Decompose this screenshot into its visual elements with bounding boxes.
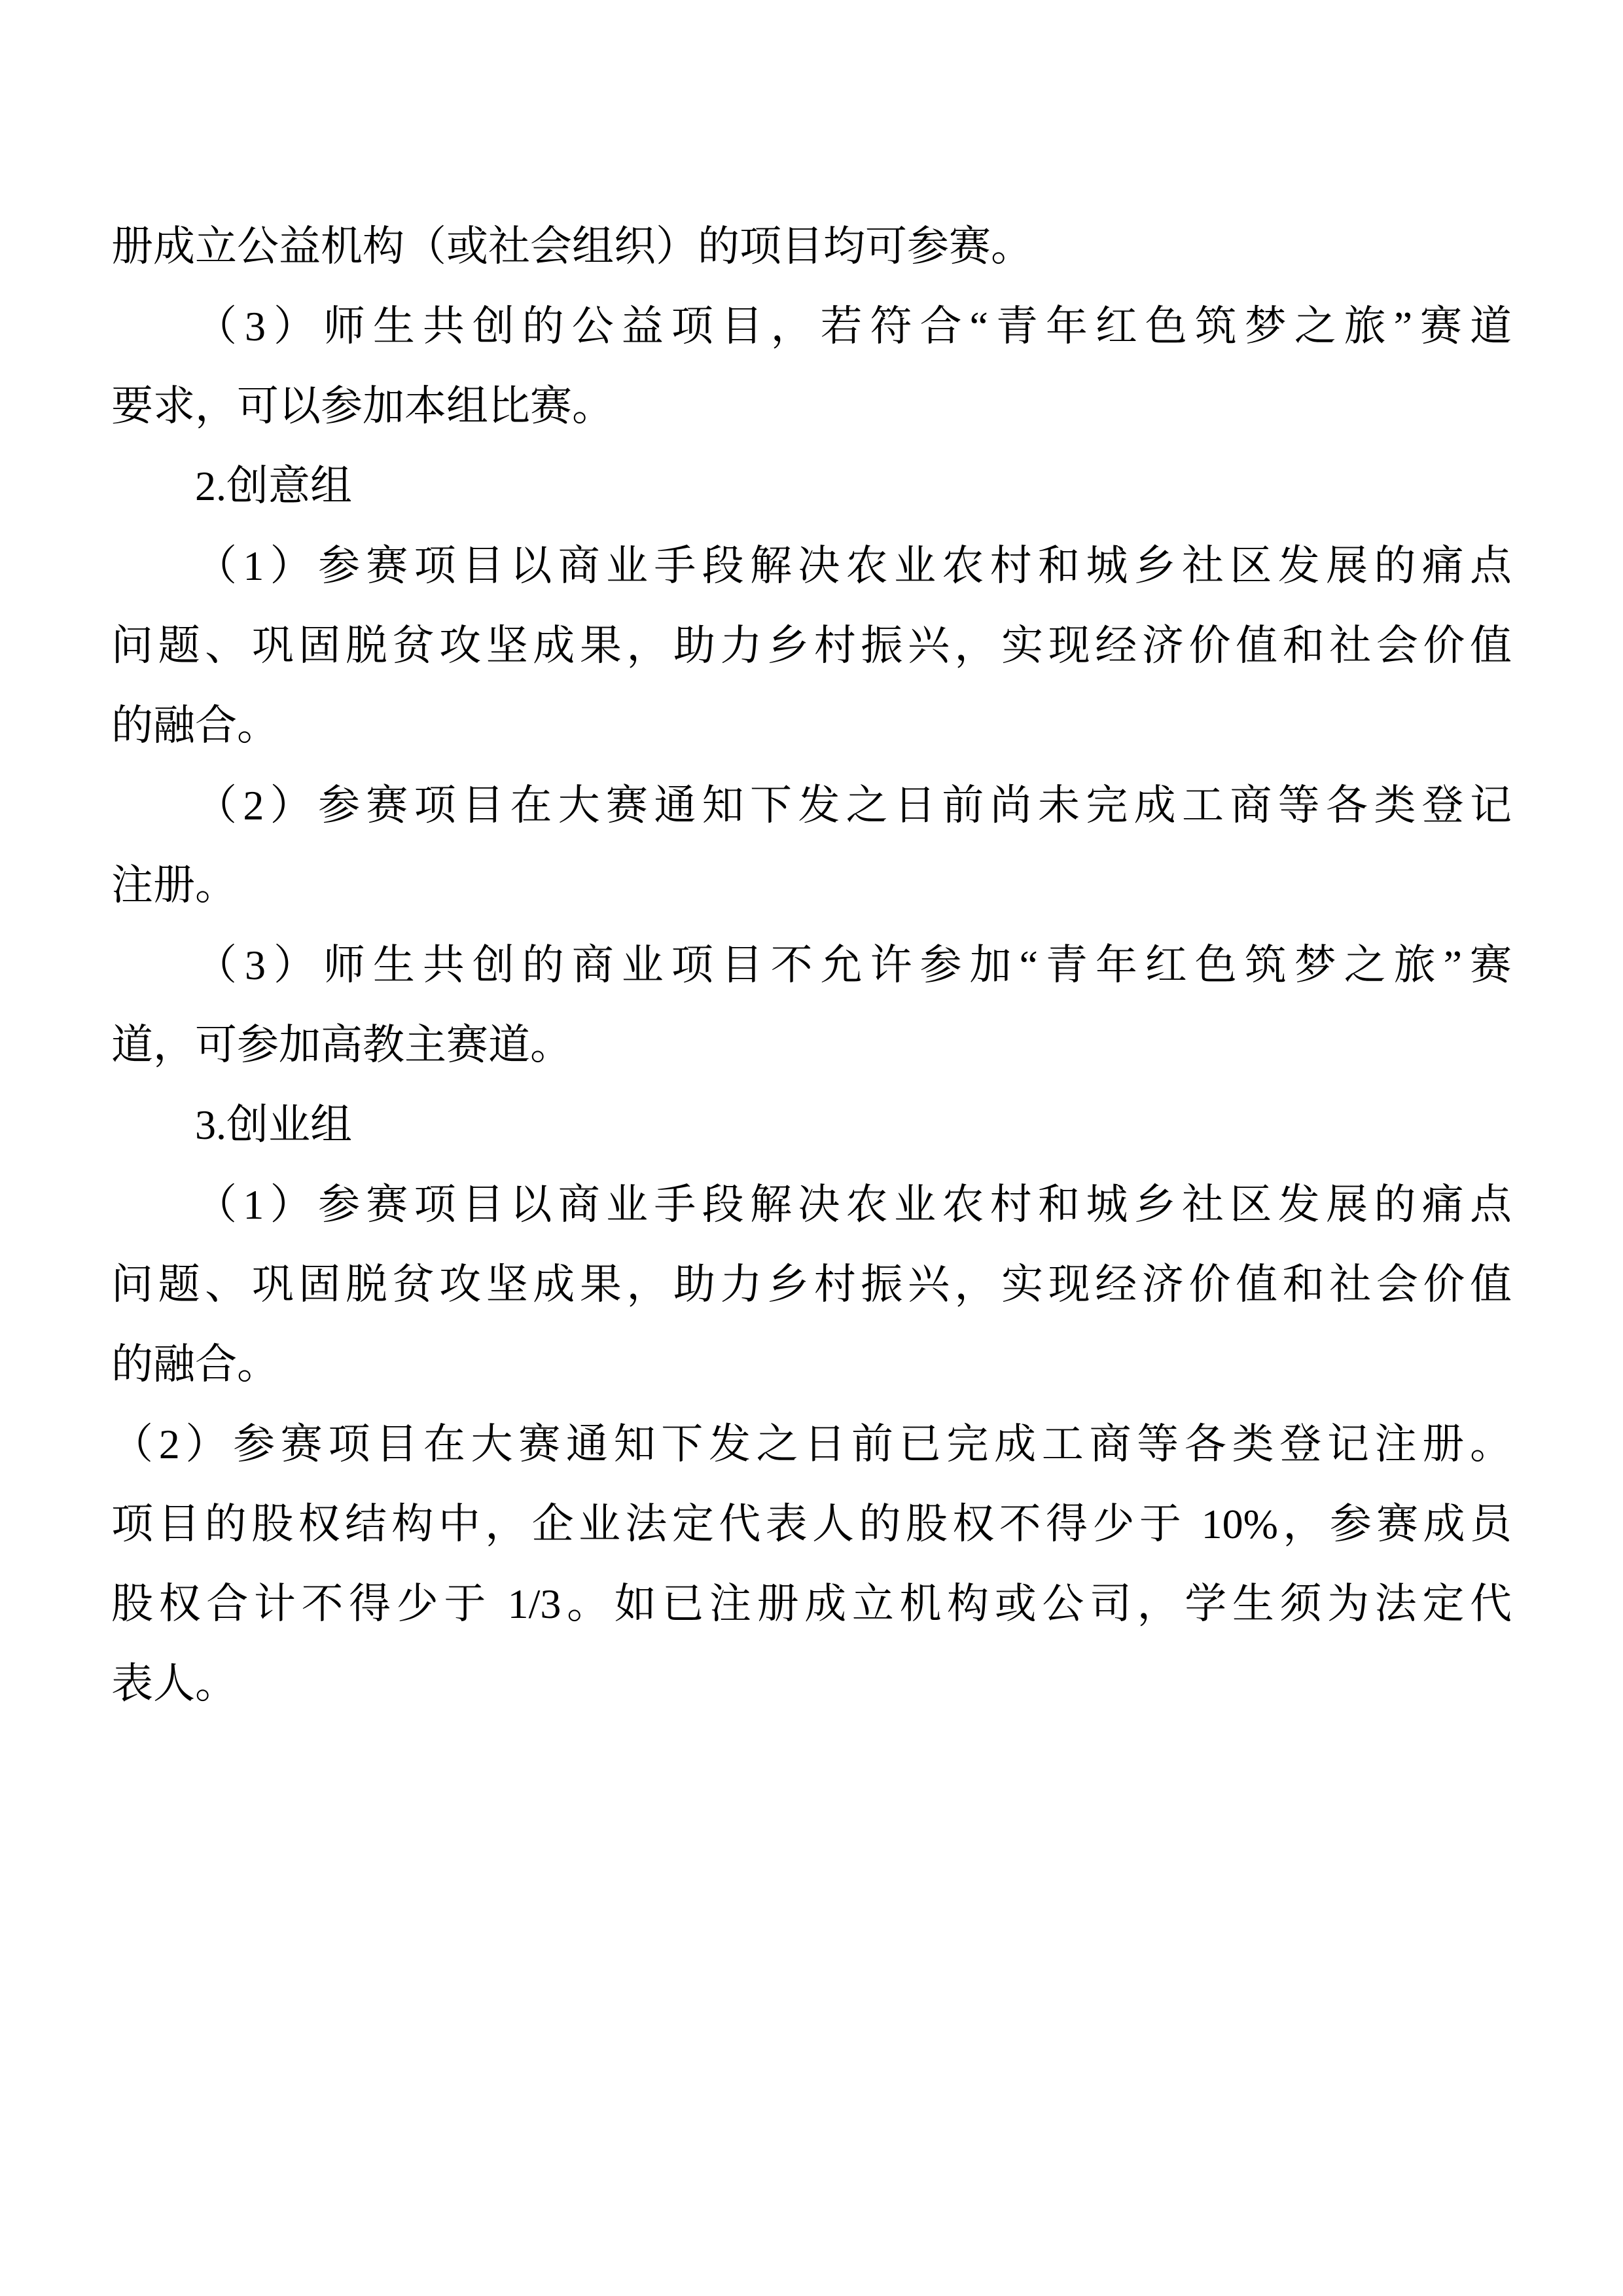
text-line: 道，可参加高教主赛道。 xyxy=(111,1005,1512,1085)
text-line: 2.创意组 xyxy=(111,446,1512,526)
text-line: 项目的股权结构中，企业法定代表人的股权不得少于 10%，参赛成员 xyxy=(111,1484,1512,1564)
text-line: 股权合计不得少于 1/3。如已注册成立机构或公司，学生须为法定代 xyxy=(111,1564,1512,1644)
text-line: 3.创业组 xyxy=(111,1085,1512,1165)
text-line: （3）师生共创的公益项目，若符合“青年红色筑梦之旅”赛道 xyxy=(111,287,1512,367)
text-line: 问题、巩固脱贫攻坚成果，助力乡村振兴，实现经济价值和社会价值 xyxy=(111,606,1512,686)
text-line: （3）师生共创的商业项目不允许参加“青年红色筑梦之旅”赛 xyxy=(111,925,1512,1005)
text-line: 要求，可以参加本组比赛。 xyxy=(111,367,1512,446)
text-line: 注册。 xyxy=(111,846,1512,925)
text-line: 的融合。 xyxy=(111,686,1512,766)
text-line: （2）参赛项目在大赛通知下发之日前尚未完成工商等各类登记 xyxy=(111,766,1512,846)
text-line: 表人。 xyxy=(111,1644,1512,1724)
text-line: 册成立公益机构（或社会组织）的项目均可参赛。 xyxy=(111,207,1512,287)
text-line: （1）参赛项目以商业手段解决农业农村和城乡社区发展的痛点 xyxy=(111,1165,1512,1245)
text-line: 的融合。 xyxy=(111,1325,1512,1405)
text-line: （2）参赛项目在大赛通知下发之日前已完成工商等各类登记注册。 xyxy=(111,1405,1512,1484)
document-body-text: 册成立公益机构（或社会组织）的项目均可参赛。 （3）师生共创的公益项目，若符合“… xyxy=(111,207,1512,1724)
document-page: 册成立公益机构（或社会组织）的项目均可参赛。 （3）师生共创的公益项目，若符合“… xyxy=(0,0,1623,2296)
text-line: 问题、巩固脱贫攻坚成果，助力乡村振兴，实现经济价值和社会价值 xyxy=(111,1245,1512,1325)
text-line: （1）参赛项目以商业手段解决农业农村和城乡社区发展的痛点 xyxy=(111,526,1512,606)
